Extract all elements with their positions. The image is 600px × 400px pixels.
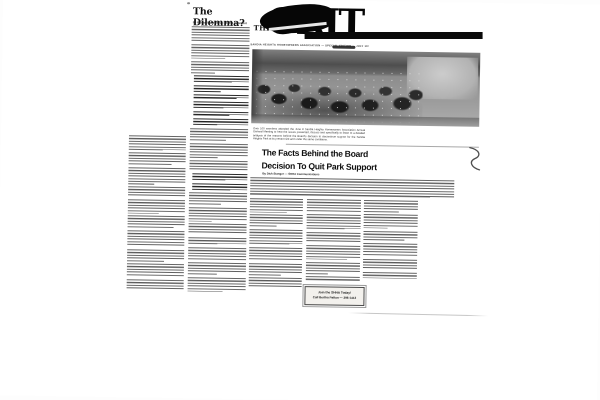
article2-intro-paragraph xyxy=(250,177,454,198)
body-text-block xyxy=(128,215,185,229)
body-text-block xyxy=(129,135,186,151)
body-text-block xyxy=(190,143,248,159)
body-text-block xyxy=(193,94,249,100)
body-text-block xyxy=(191,45,249,60)
body-text-block xyxy=(127,249,184,262)
article2-column-3 xyxy=(363,200,418,279)
body-text-block xyxy=(188,277,246,292)
body-text-block xyxy=(189,207,247,222)
photo-caption: Over 100 members attended the June 8 San… xyxy=(253,127,365,142)
body-text-block xyxy=(250,198,303,213)
body-text-block xyxy=(364,214,418,229)
body-text-block xyxy=(306,245,360,260)
body-text-block xyxy=(127,231,184,248)
membership-box-line2: Call Bertha Patton — 296-1412 xyxy=(305,296,363,301)
article2-headline: The Facts Behind the Board Decision To Q… xyxy=(261,146,377,173)
body-text-block xyxy=(249,277,302,287)
body-text-block xyxy=(188,263,246,276)
body-text-block xyxy=(190,128,248,142)
body-text-block xyxy=(189,161,247,172)
body-text-block xyxy=(192,183,248,191)
body-text-block xyxy=(193,75,249,83)
body-text-block xyxy=(128,199,185,214)
photo-left-shadow xyxy=(251,49,264,123)
body-text-block xyxy=(128,167,185,185)
article1-column-left xyxy=(126,135,186,301)
body-text-block xyxy=(188,224,246,236)
body-text-block xyxy=(249,229,302,246)
body-text-block xyxy=(127,263,184,277)
body-text-block xyxy=(364,200,418,213)
tagline-ink-smudge xyxy=(332,45,355,48)
body-text-block xyxy=(193,118,249,126)
body-text-block xyxy=(129,153,186,166)
body-text-block xyxy=(192,173,248,182)
article1-column-right xyxy=(187,26,249,299)
scan-shadow-line xyxy=(348,312,488,316)
article2-headline-line1: The Facts Behind the Board xyxy=(262,146,377,160)
article2-column-2 xyxy=(306,199,361,282)
body-text-block xyxy=(193,102,249,110)
body-text-block xyxy=(189,193,247,206)
pen-mark xyxy=(465,146,487,174)
body-text-block xyxy=(188,237,246,246)
meeting-photo xyxy=(251,49,480,127)
article2-byline: By Dick Stanger — SHHA Communications xyxy=(262,172,332,177)
body-text-block xyxy=(306,262,360,275)
scan-speck xyxy=(187,2,190,4)
body-text-block xyxy=(363,243,417,257)
body-text-block xyxy=(307,214,361,230)
body-text-block xyxy=(128,186,185,197)
body-text-block xyxy=(363,259,417,271)
body-text-block xyxy=(249,247,302,261)
body-text-block xyxy=(127,279,184,291)
body-text-block xyxy=(307,199,361,213)
membership-box: Join the SHHA Today! Call Bertha Patton … xyxy=(304,286,364,306)
body-text-block xyxy=(193,85,249,93)
body-text-block xyxy=(249,263,302,276)
article2-column-1 xyxy=(249,198,303,287)
scanned-newsletter-screenshot: The Dilemma? By Richard Saunders — SHHA … xyxy=(0,0,600,400)
body-text-block xyxy=(188,247,246,261)
body-text-block xyxy=(191,61,249,74)
newsletter-page: The Dilemma? By Richard Saunders — SHHA … xyxy=(0,0,600,400)
body-text-block xyxy=(363,231,417,242)
body-text-block xyxy=(250,177,454,198)
body-text-block xyxy=(306,276,360,282)
body-text-block xyxy=(306,232,360,244)
photo-floor-region xyxy=(251,114,479,126)
body-text-block xyxy=(193,111,249,117)
masthead-bar xyxy=(305,32,483,39)
body-text-block xyxy=(250,215,303,228)
body-text-block xyxy=(363,272,417,279)
body-text-block xyxy=(191,26,249,43)
